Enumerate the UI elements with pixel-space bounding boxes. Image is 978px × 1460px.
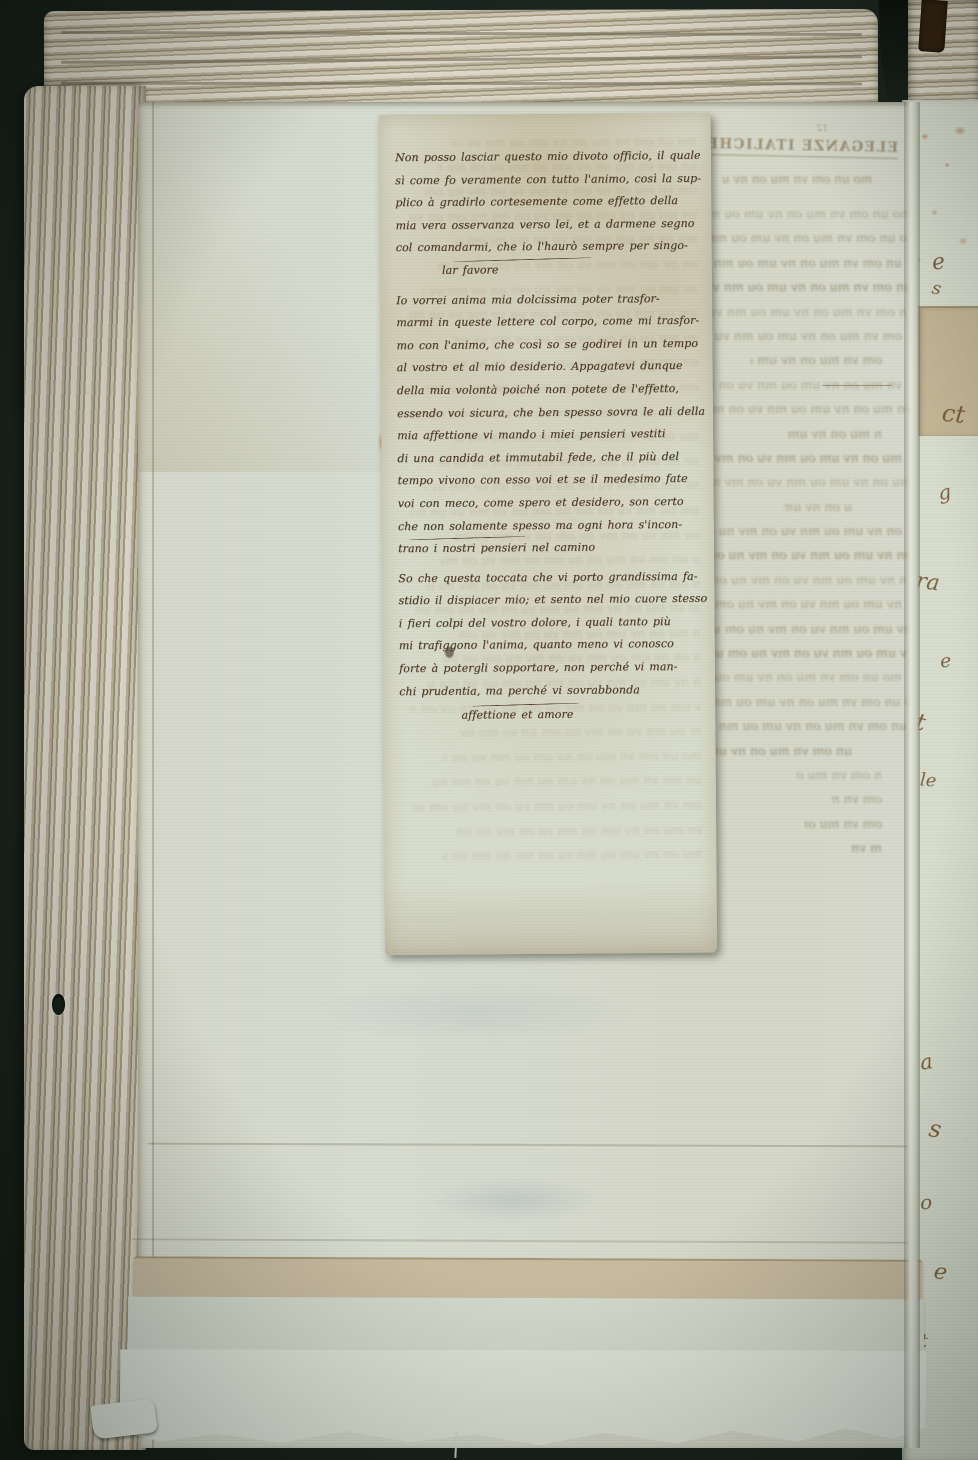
paper-stack-top-edges <box>44 9 878 111</box>
edge-streak <box>61 55 862 64</box>
showthrough-line: mo un om vn mu on nv um ou mn vu on mv n… <box>695 202 912 226</box>
manuscript-line: che non solamente spesso ma ogni hora s'… <box>398 513 698 538</box>
showthrough-heading-mirrored: ELEGANZE ITALICHE <box>706 136 899 159</box>
manuscript-line-text: trano i nostri pensieri nel camino <box>398 537 595 561</box>
showthrough-body-lines: mo un om vn mu on nv um ou mn vu on mv n… <box>686 202 912 1002</box>
showthrough-line: mu on nv um ou mn vu on mv nu om un vo m… <box>702 470 912 494</box>
ink-stroke-fragment: s <box>930 277 943 299</box>
mirrored-showthrough-block: 12 ELEGANZE ITALICHE mo un om vn mu on n… <box>686 124 912 1004</box>
wormhole <box>52 994 65 1015</box>
manuscript-line: chi prudentia, ma perché vi sovrabbonda <box>399 678 699 703</box>
manuscript-line-text: mo con l'animo, che così so se godirei i… <box>396 333 698 358</box>
manuscript-line-text: plico à gradirlo cortesemente come effet… <box>395 190 678 215</box>
manuscript-line-text: mi trafiggono l'anima, quanto meno vi co… <box>399 633 674 658</box>
archive-photo-scene: esctgraetleasoet 12 ELEGANZE ITALICHE mo… <box>0 0 978 1460</box>
manuscript-line-text: essendo voi sicura, che ben spesso sovra… <box>397 400 705 425</box>
manuscript-line: So che questa toccata che vi porto grand… <box>398 566 698 591</box>
ink-stroke-fragment: o <box>919 1190 933 1215</box>
showthrough-line: vn mu on nv um ou mn vu on mv nu om un v… <box>699 373 902 397</box>
manuscript-line: col comandarmi, che io l'haurò sempre pe… <box>396 235 696 260</box>
manuscript-line-text: So che questa toccata che vi porto grand… <box>398 566 697 591</box>
showthrough-line: o un om vn mu on nv um ou mn vu on mv nu… <box>704 226 907 250</box>
showthrough-line: mu on nv um ou mn vu on mv nu om un vo m… <box>703 446 902 470</box>
manuscript-line: mia affettione vi mando i miei pensieri … <box>397 423 697 448</box>
page-bottom-shading <box>385 883 718 956</box>
manuscript-line-text: chi prudentia, ma perché vi sovrabbonda <box>399 679 640 703</box>
faint-ink-smudge <box>308 982 638 1042</box>
showthrough-line: vn mu on nv um ou mn vu on mv nu om un v… <box>697 397 912 421</box>
binding-spine-fragment <box>918 0 948 53</box>
manuscript-line: di una candida et immutabil fede, che il… <box>397 446 697 471</box>
manuscript-line: trano i nostri pensieri nel camino <box>398 536 698 561</box>
left-margin-fold <box>152 102 154 1448</box>
manuscript-line-text: forte à potergli sopportare, non perché … <box>399 656 678 681</box>
ink-stroke-fragment: e <box>930 249 946 276</box>
manuscript-line: Non posso lasciar questo mio divoto offi… <box>395 145 695 170</box>
showthrough-line: mo un om vn mu on nv um ou mn vu on mv n… <box>692 665 902 689</box>
showthrough-line: un om vn mu on nv um ou mn vu on mv nu o… <box>713 275 912 299</box>
edge-streak <box>61 31 862 36</box>
showthrough-line: n om vn mu on nv um ou mn vu on mv nu om… <box>796 763 882 787</box>
manuscript-line-text: di una candida et immutabil fede, che il… <box>397 446 679 471</box>
manuscript-line: mi trafiggono l'anima, quanto meno vi co… <box>399 633 699 658</box>
sheet-edge-band <box>128 1297 924 1358</box>
showthrough-line: un om vn mu on nv um ou mn vu on mv nu o… <box>704 714 907 738</box>
showthrough-line: un om vn mu on nv um ou mn vu on mv nu o… <box>690 251 902 275</box>
manuscript-line: voi con meco, come spero et desidero, so… <box>398 491 698 516</box>
manuscript-line-text: lar favore <box>442 259 499 282</box>
showthrough-line: om vn mu on nv um ou mn vu on mv nu om u… <box>832 787 882 811</box>
showthrough-line: v um ou mn vu on mv nu om un vo mn uv on… <box>713 641 907 665</box>
showthrough-line: om vn mu on nv um ou mn vu on mv nu om u… <box>751 348 882 372</box>
manuscript-line-text: col comandarmi, che io l'haurò sempre pe… <box>396 235 688 260</box>
showthrough-line: un om vn mu on nv um ou mn vu on mv nu o… <box>716 739 852 763</box>
bottom-sheet-ragged-edge <box>120 1349 926 1446</box>
showthrough-line: on nv um ou mn vu on mv nu om un vo mn u… <box>715 543 912 567</box>
manuscript-line-text: Non posso lasciar questo mio divoto offi… <box>395 145 701 170</box>
showthrough-subline-mirrored: mo un om vn mu on nv um ou mn vu on mv n… <box>722 172 872 190</box>
letter-page: mo un om vn mu on nv um ou mn vu on mv n… <box>379 113 718 956</box>
manuscript-line: stidio il dispiacer mio; et sento nel mi… <box>398 588 698 613</box>
manuscript-line: al vostro et al mio desiderio. Appagatev… <box>397 355 697 380</box>
manuscript-line: marmi in queste lettere col corpo, come … <box>396 310 696 335</box>
manuscript-line-text: Io vorrei anima mia dolcissima poter tra… <box>396 288 660 313</box>
manuscript-line: lar favore <box>396 258 696 283</box>
showthrough-line: nv um ou mn vu on mv nu om un vo mn uv o… <box>701 592 902 616</box>
ink-stroke-fragment: e <box>932 1259 949 1286</box>
manuscript-line-text: che non solamente spesso ma ogni hora s'… <box>398 513 682 538</box>
ink-stroke-fragment: e <box>939 649 952 672</box>
ink-stroke-fragment: s <box>927 1114 943 1143</box>
manuscript-line: sì come fo veramente con tutto l'animo, … <box>395 167 695 192</box>
showthrough-line: u on nv um ou mn vu on mv nu om un vo mn… <box>784 495 852 519</box>
manuscript-line-text: tempo vivono con esso voi et se il medes… <box>397 468 687 493</box>
showthrough-line: n nv um ou mn vu on mv nu om un vo mn uv… <box>695 568 907 592</box>
faint-ink-smudge <box>428 1178 598 1222</box>
ink-stroke-fragment: a <box>918 1049 935 1075</box>
manuscript-line: forte à potergli sopportare, non perché … <box>399 656 699 681</box>
manuscript-line-text: al vostro et al mio desiderio. Appagatev… <box>397 355 683 380</box>
ink-stroke-fragment: ct <box>941 399 967 429</box>
cropped-ink-strokes: esctgraetleasoet <box>910 150 978 1440</box>
showthrough-line: m vn mu on nv um ou mn vu on mv nu om un… <box>846 836 882 860</box>
manuscript-line-text: voi con meco, come spero et desidero, so… <box>398 491 684 516</box>
manuscript-line-text: marmi in queste lettere col corpo, come … <box>396 310 699 335</box>
manuscript-line-text: della mia volontà poiché non potete de l… <box>397 378 679 403</box>
edge-streak <box>61 82 862 86</box>
showthrough-line: om vn mu on nv um ou mn vu on mv nu om u… <box>805 812 882 836</box>
manuscript-line: tempo vivono con esso voi et se il medes… <box>397 468 697 493</box>
right-fold-highlight <box>904 102 920 1448</box>
manuscript-line-text: mia vera osservanza verso lei, et a darm… <box>395 213 694 238</box>
manuscript-line: essendo voi sicura, che ben spesso sovra… <box>397 400 697 425</box>
manuscript-line-text: stidio il dispiacer mio; et sento nel mi… <box>398 588 707 613</box>
manuscript-line-text: mia affettione vi mando i miei pensieri … <box>397 423 665 448</box>
showthrough-line: n mu on nv um ou mn vu on mv nu om un vo… <box>787 422 882 446</box>
manuscript-line-text: sì come fo veramente con tutto l'animo, … <box>395 167 701 192</box>
showthrough-line: om vn mu on nv um ou mn vu on mv nu om u… <box>708 324 902 348</box>
manuscript-line-text: i fieri colpi del vostro dolore, i quali… <box>399 611 671 636</box>
paper-stack-left-edges <box>24 86 146 1450</box>
ink-stroke-fragment: g <box>936 479 954 505</box>
showthrough-line: on nv um ou mn vu on mv nu om un vo mn u… <box>696 519 902 543</box>
letter-handwriting: Non posso lasciar questo mio divoto offi… <box>395 145 701 927</box>
ink-stroke-fragment: le <box>919 769 937 791</box>
manuscript-line: della mia volontà poiché non potete de l… <box>397 378 697 403</box>
folio-mark-mirrored: 12 <box>817 124 828 134</box>
manuscript-line: Io vorrei anima mia dolcissima poter tra… <box>396 287 696 312</box>
manuscript-line-text: affettione et amore <box>461 704 573 727</box>
manuscript-line: affettione et amore <box>399 703 699 728</box>
showthrough-line: nv um ou mn vu on mv nu om un vo mn uv o… <box>704 617 912 641</box>
showthrough-line: n om vn mu on nv um ou mn vu on mv nu om… <box>699 300 907 324</box>
manuscript-line: mia vera osservanza verso lei, et a darm… <box>395 213 695 238</box>
corner-curl-shadow <box>138 102 408 472</box>
manuscript-line: i fieri colpi del vostro dolore, i quali… <box>399 611 699 636</box>
manuscript-line: plico à gradirlo cortesemente come effet… <box>395 190 695 215</box>
manuscript-line: mo con l'animo, che così so se godirei i… <box>396 333 696 358</box>
showthrough-line: o un om vn mu on nv um ou mn vu on mv nu… <box>713 690 912 714</box>
